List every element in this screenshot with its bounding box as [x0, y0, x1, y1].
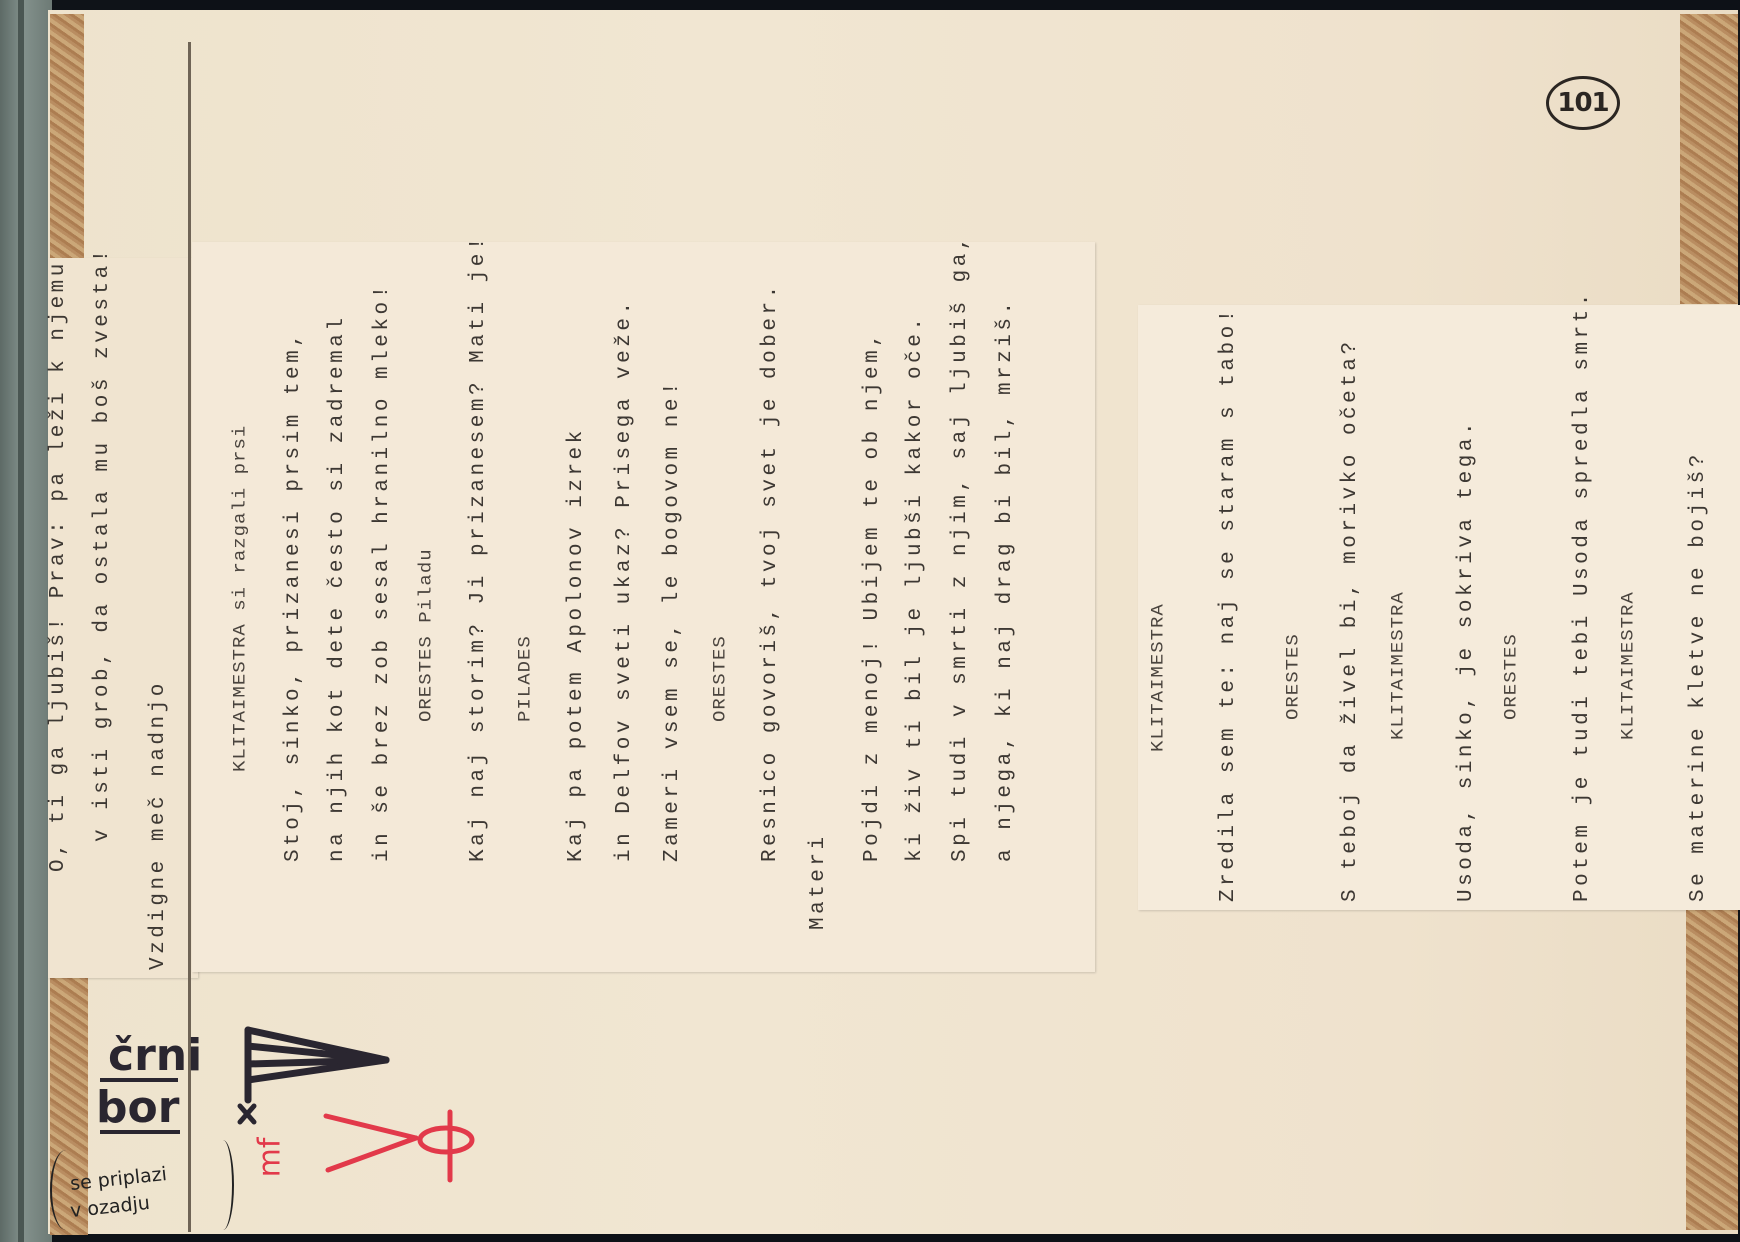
script-line: Kaj naj storim? Ji prizanesem? Mati je! — [468, 234, 489, 862]
script-line: Kaj pa potem Apolonov izrek — [566, 427, 587, 862]
speaker-cue: KLITAIMESTRA — [1150, 603, 1167, 752]
speaker-cue: KLITAIMESTRA si razgali prsi — [232, 425, 249, 772]
speaker-cue: ORESTES — [1503, 633, 1520, 720]
script-line: Stoj, sinko, prizanesi prsim tem, — [283, 331, 304, 862]
parenthesis — [212, 1140, 234, 1230]
stage-direction: Vzdigne meč nadnjo — [148, 680, 169, 970]
script-line: ki živ ti bil je ljubši kakor oče. — [905, 315, 926, 862]
script-line: Zameri vsem se, le bogovom ne! — [662, 379, 683, 862]
speaker-cue: PILADES — [517, 635, 534, 722]
script-line: na njih kot dete često si zadremal — [327, 315, 348, 862]
script-line: Se materine kletve ne bojiš? — [1688, 451, 1709, 902]
handwritten-label: črni — [108, 1030, 202, 1081]
handwritten-label: bor — [96, 1082, 179, 1133]
binder-spine — [0, 0, 52, 1242]
tape-strip — [1686, 910, 1738, 1230]
script-line: in še brez zob sesal hranilno mleko! — [372, 282, 393, 862]
dynamics-marks-icon — [236, 1020, 496, 1220]
script-line: a njega, ki naj drag bi bil, mrziš. — [995, 298, 1016, 862]
speaker-cue: ORESTES — [1285, 633, 1302, 720]
script-line: Usoda, sinko, je sokriva tega. — [1456, 419, 1477, 902]
binder-edge — [18, 0, 24, 1242]
page-number-badge: 101 — [1546, 76, 1620, 130]
underline — [100, 1130, 180, 1134]
speaker-cue: ORESTES Piladu — [418, 548, 435, 722]
script-line: S teboj da živel bi, morivko očeta? — [1340, 338, 1361, 902]
tape-strip — [50, 14, 84, 270]
script-line: in Delfov sveti ukaz? Prisega veže. — [614, 298, 635, 862]
script-line: v isti grob, da ostala mu boš zvesta! — [92, 246, 113, 842]
speaker-cue: KLITAIMESTRA — [1620, 591, 1637, 740]
speaker-cue: KLITAIMESTRA — [1390, 591, 1407, 740]
script-line: O, ti ga ljubiš! Prav: pa leži k njemu — [48, 260, 69, 872]
pasted-slip-left — [48, 258, 198, 978]
tape-strip — [1680, 14, 1738, 304]
script-line: Spi tudi v smrti z njim, saj ljubiš ga, — [950, 234, 971, 862]
script-line: Zredila sem te: naj se staram s tabo! — [1218, 306, 1239, 902]
script-line: Resnico govoriš, tvoj svet je dober. — [760, 282, 781, 862]
speaker-cue: ORESTES — [712, 635, 729, 722]
stage-direction: Materi — [808, 833, 829, 930]
script-line: Potem je tudi tebi Usoda spredla smrt. — [1572, 290, 1593, 902]
dynamic-marking: mf — [252, 1138, 287, 1178]
script-line: Pojdi z menoj! Ubijem te ob njem, — [862, 331, 883, 862]
